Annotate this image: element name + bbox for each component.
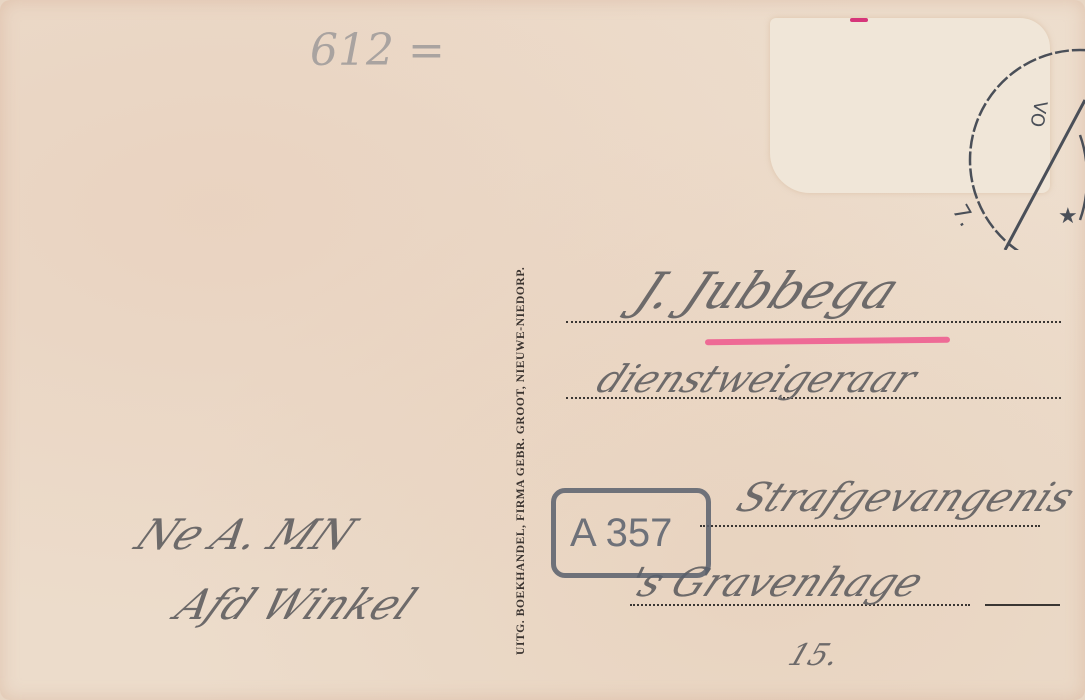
- censor-stamp: A 357: [551, 488, 711, 578]
- postmark-icon: ★ 7. VO: [930, 40, 1085, 250]
- address-institution: Strafgevangenis: [729, 475, 1082, 521]
- address-occupation: dienstweigeraar: [590, 357, 924, 401]
- sender-note-line2: Afd Winkel: [167, 580, 425, 629]
- publisher-imprint: UITG. BOEKHANDEL, FIRMA GEBR. GROOT, NIE…: [515, 267, 527, 655]
- address-line-3: [700, 525, 1040, 527]
- pencil-note-top: 612 =: [310, 25, 445, 76]
- address-note: 15.: [784, 638, 844, 673]
- pink-mark: [850, 18, 868, 22]
- sender-note-line1: Ne A. MN: [127, 510, 365, 559]
- svg-text:VO: VO: [1026, 99, 1051, 128]
- address-line-1: [566, 321, 1061, 323]
- svg-text:7.: 7.: [947, 201, 979, 232]
- red-pencil-underline: [705, 337, 950, 346]
- address-name: J. Jubbega: [626, 262, 909, 320]
- svg-text:★: ★: [1058, 204, 1078, 229]
- postcard-back: 612 = UITG. BOEKHANDEL, FIRMA GEBR. GROO…: [0, 0, 1085, 700]
- address-line-4-end: [985, 604, 1060, 606]
